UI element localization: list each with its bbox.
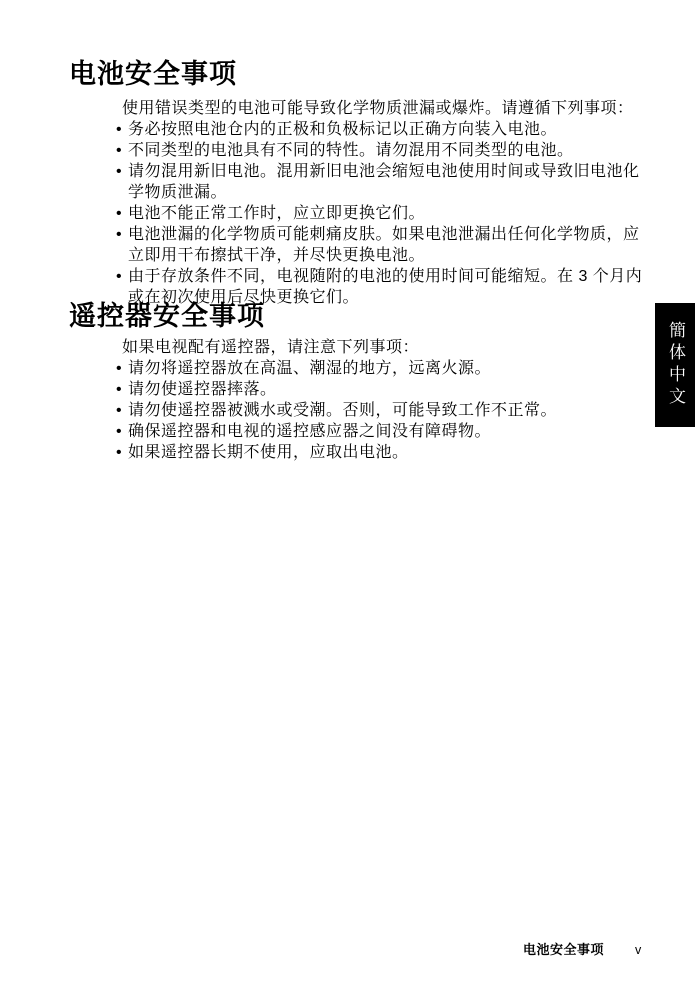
- bullet-icon: •: [116, 224, 128, 245]
- language-tab-label: 簡体中文: [655, 321, 695, 409]
- bullet-icon: •: [116, 119, 128, 140]
- bullet-text: 务必按照电池仓内的正极和负极标记以正确方向装入电池。: [128, 119, 650, 140]
- section-body-remote-safety: 如果电视配有遥控器，请注意下列事项： • 请勿将遥控器放在高温、潮湿的地方，远离…: [116, 337, 650, 463]
- bullet-text: 如果遥控器长期不使用，应取出电池。: [128, 442, 650, 463]
- list-item: • 如果遥控器长期不使用，应取出电池。: [116, 442, 650, 463]
- list-item: • 请勿将遥控器放在高温、潮湿的地方，远离火源。: [116, 358, 650, 379]
- section-intro: 如果电视配有遥控器，请注意下列事项：: [116, 337, 650, 358]
- bullet-icon: •: [116, 161, 128, 182]
- list-item: • 不同类型的电池具有不同的特性。请勿混用不同类型的电池。: [116, 140, 650, 161]
- bullet-text: 确保遥控器和电视的遥控感应器之间没有障碍物。: [128, 421, 650, 442]
- bullet-text: 电池泄漏的化学物质可能刺痛皮肤。如果电池泄漏出任何化学物质，应立即用干布擦拭干净…: [128, 224, 650, 266]
- bullet-text: 电池不能正常工作时，应立即更换它们。: [128, 203, 650, 224]
- section-intro: 使用错误类型的电池可能导致化学物质泄漏或爆炸。请遵循下列事项：: [116, 98, 650, 119]
- bullet-icon: •: [116, 358, 128, 379]
- list-item: • 请勿使遥控器摔落。: [116, 379, 650, 400]
- language-edge-tab: 簡体中文: [655, 303, 695, 427]
- bullet-icon: •: [116, 140, 128, 161]
- footer-section-title: 电池安全事项: [523, 939, 604, 958]
- bullet-icon: •: [116, 379, 128, 400]
- bullet-text: 请勿使遥控器被溅水或受潮。否则，可能导致工作不正常。: [128, 400, 650, 421]
- section-heading-remote-safety: 遥控器安全事项: [69, 299, 265, 333]
- section-body-battery-safety: 使用错误类型的电池可能导致化学物质泄漏或爆炸。请遵循下列事项： • 务必按照电池…: [116, 98, 650, 308]
- list-item: • 请勿混用新旧电池。混用新旧电池会缩短电池使用时间或导致旧电池化学物质泄漏。: [116, 161, 650, 203]
- page-footer: 电池安全事项 v: [523, 939, 641, 958]
- bullet-text: 请勿混用新旧电池。混用新旧电池会缩短电池使用时间或导致旧电池化学物质泄漏。: [128, 161, 650, 203]
- bullet-text: 请勿将遥控器放在高温、潮湿的地方，远离火源。: [128, 358, 650, 379]
- bullet-icon: •: [116, 400, 128, 421]
- bullet-text: 请勿使遥控器摔落。: [128, 379, 650, 400]
- list-item: • 确保遥控器和电视的遥控感应器之间没有障碍物。: [116, 421, 650, 442]
- manual-page: 电池安全事项 使用错误类型的电池可能导致化学物质泄漏或爆炸。请遵循下列事项： •…: [0, 0, 699, 994]
- bullet-icon: •: [116, 421, 128, 442]
- footer-page-number: v: [635, 943, 641, 957]
- bullet-list: • 务必按照电池仓内的正极和负极标记以正确方向装入电池。 • 不同类型的电池具有…: [116, 119, 650, 308]
- section-heading-battery-safety: 电池安全事项: [69, 57, 237, 91]
- list-item: • 请勿使遥控器被溅水或受潮。否则，可能导致工作不正常。: [116, 400, 650, 421]
- list-item: • 电池泄漏的化学物质可能刺痛皮肤。如果电池泄漏出任何化学物质，应立即用干布擦拭…: [116, 224, 650, 266]
- list-item: • 务必按照电池仓内的正极和负极标记以正确方向装入电池。: [116, 119, 650, 140]
- bullet-list: • 请勿将遥控器放在高温、潮湿的地方，远离火源。 • 请勿使遥控器摔落。 • 请…: [116, 358, 650, 463]
- list-item: • 电池不能正常工作时，应立即更换它们。: [116, 203, 650, 224]
- bullet-icon: •: [116, 442, 128, 463]
- bullet-text: 不同类型的电池具有不同的特性。请勿混用不同类型的电池。: [128, 140, 650, 161]
- bullet-icon: •: [116, 203, 128, 224]
- bullet-icon: •: [116, 266, 128, 287]
